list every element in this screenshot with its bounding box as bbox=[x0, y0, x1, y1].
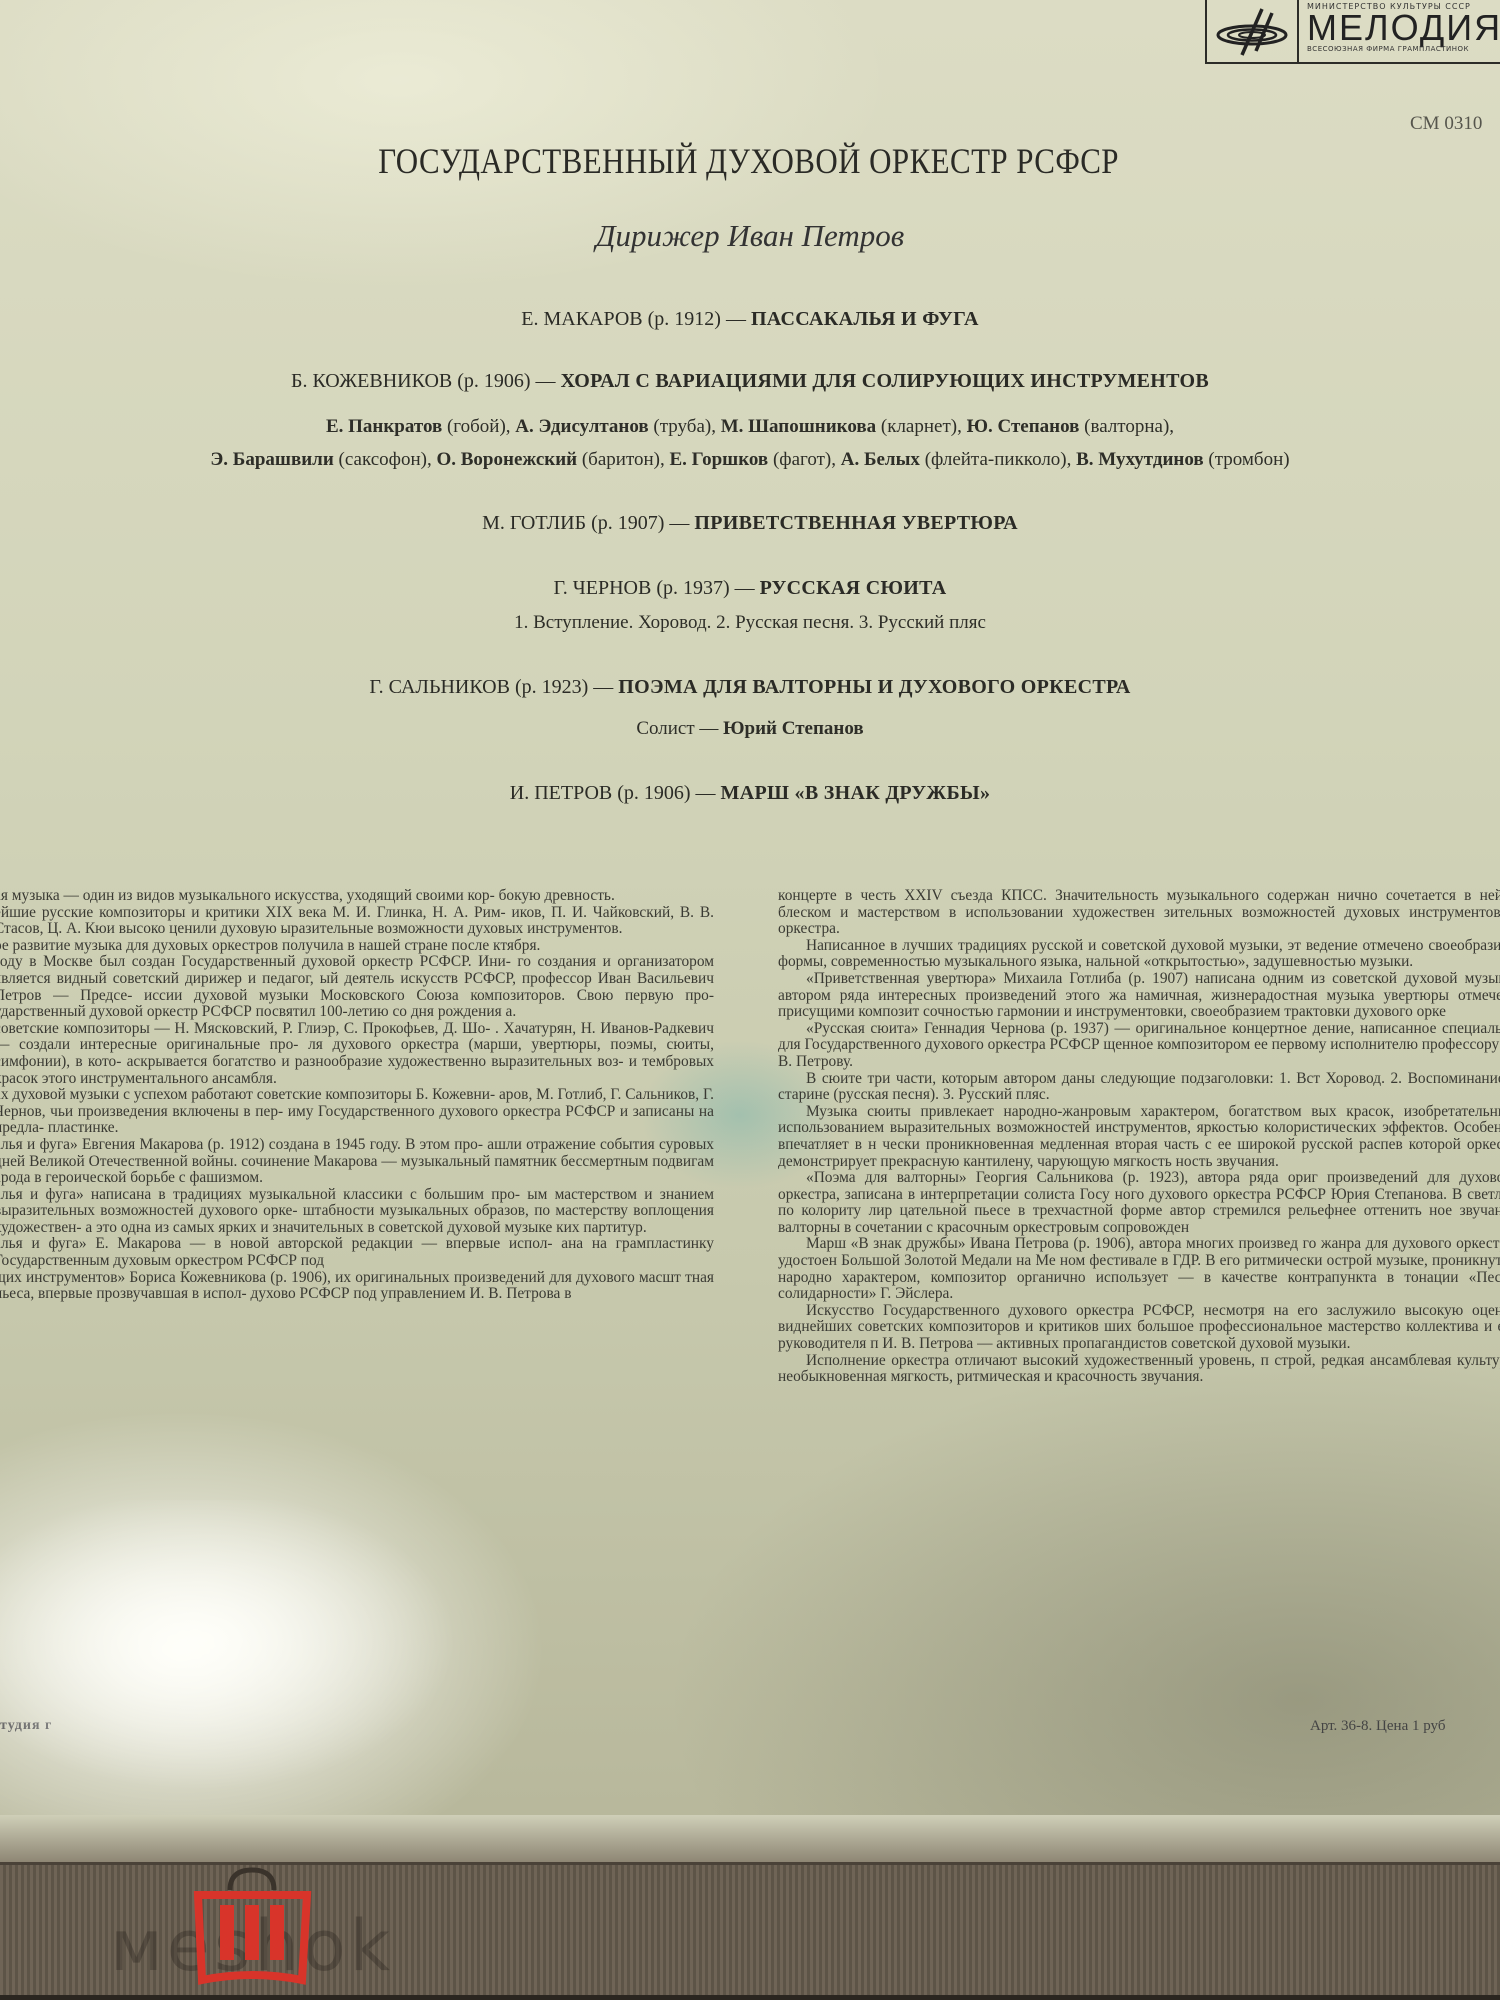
liner-notes-right: концерте в честь XXIV съезда КПСС. Значи… bbox=[778, 888, 1500, 1386]
light-glare bbox=[0, 1500, 800, 1815]
melodiya-logo: МИНИСТЕРСТВО КУЛЬТУРЫ СССР МЕЛОДИЯ ВСЕСО… bbox=[1205, 0, 1500, 64]
liner-note-paragraph: ое развитие музыка для духовых оркестров… bbox=[0, 938, 714, 955]
liner-note-paragraph: «Поэма для валторны» Георгия Сальникова … bbox=[778, 1170, 1500, 1236]
track-6: И. ПЕТРОВ (р. 1906) — МАРШ «В ЗНАК ДРУЖБ… bbox=[0, 782, 1500, 805]
album-title: ГОСУДАРСТВЕННЫЙ ДУХОВОЙ ОРКЕСТР РСФСР bbox=[104, 140, 1394, 182]
liner-note-paragraph: Искусство Государственного духового орке… bbox=[778, 1303, 1500, 1353]
suite-parts: 1. Вступление. Хоровод. 2. Русская песня… bbox=[0, 612, 1500, 634]
track-5: Г. САЛЬНИКОВ (р. 1923) — ПОЭМА ДЛЯ ВАЛТО… bbox=[0, 676, 1500, 699]
liner-note-paragraph: ейшие русские композиторы и критики XIX … bbox=[0, 905, 714, 938]
liner-note-paragraph: Написанное в лучших традициях русской и … bbox=[778, 938, 1500, 971]
track-2: Б. КОЖЕВНИКОВ (р. 1906) — ХОРАЛ С ВАРИАЦ… bbox=[0, 370, 1500, 393]
liner-note-paragraph: алья и фуга» Евгения Макарова (р. 1912) … bbox=[0, 1137, 714, 1187]
liner-note-paragraph: алья и фуга» написана в традициях музыка… bbox=[0, 1187, 714, 1237]
record-sleeve-back: МИНИСТЕРСТВО КУЛЬТУРЫ СССР МЕЛОДИЯ ВСЕСО… bbox=[0, 0, 1500, 1815]
poem-soloist: Солист — Юрий Степанов bbox=[0, 718, 1500, 740]
liner-note-paragraph: алья и фуга» Е. Макарова — в новой автор… bbox=[0, 1236, 714, 1269]
liner-note-paragraph: «Русская сюита» Геннадия Чернова (р. 193… bbox=[778, 1021, 1500, 1071]
liner-note-paragraph: щих инструментов» Бориса Кожевникова (р.… bbox=[0, 1270, 714, 1303]
liner-note-paragraph: Марш «В знак дружбы» Ивана Петрова (р. 1… bbox=[778, 1236, 1500, 1302]
liner-note-paragraph: ах духовой музыки с успехом работают сов… bbox=[0, 1087, 714, 1137]
track-3: М. ГОТЛИБ (р. 1907) — ПРИВЕТСТВЕННАЯ УВЕ… bbox=[0, 512, 1500, 535]
liner-note-paragraph: концерте в честь XXIV съезда КПСС. Значи… bbox=[778, 888, 1500, 938]
soloists-list: Е. Панкратов (гобой), А. Эдисултанов (тр… bbox=[0, 410, 1500, 476]
track-4: Г. ЧЕРНОВ (р. 1937) — РУССКАЯ СЮИТА bbox=[0, 577, 1500, 600]
price-label: Арт. 36-8. Цена 1 руб bbox=[1310, 1718, 1445, 1735]
liner-note-paragraph: «Приветственная увертюра» Михаила Готлиб… bbox=[778, 971, 1500, 1021]
liner-note-paragraph: В сюите три части, которым автором даны … bbox=[778, 1071, 1500, 1104]
shopping-bag-icon bbox=[190, 1860, 315, 2000]
track-1: Е. МАКАРОВ (р. 1912) — ПАССАКАЛЬЯ И ФУГА bbox=[0, 308, 1500, 331]
liner-notes-left: ая музыка — один из видов музыкального и… bbox=[0, 888, 714, 1303]
liner-note-paragraph: Музыка сюиты привлекает народно-жанровым… bbox=[778, 1104, 1500, 1170]
conductor: Дирижер Иван Петров bbox=[0, 218, 1500, 254]
studio-credit: тудия г bbox=[0, 1718, 52, 1734]
liner-note-paragraph: году в Москве был создан Государственный… bbox=[0, 954, 714, 1020]
sleeve-edge bbox=[0, 1815, 1500, 1865]
melodiya-emblem-icon bbox=[1207, 0, 1299, 62]
liner-note-paragraph: Исполнение оркестра отличают высокий худ… bbox=[778, 1353, 1500, 1386]
catalog-number: СМ 0310 bbox=[1410, 113, 1482, 135]
liner-note-paragraph: ая музыка — один из видов музыкального и… bbox=[0, 888, 714, 905]
brand-name: МЕЛОДИЯ bbox=[1307, 11, 1500, 45]
liner-note-paragraph: советские композиторы — Н. Мясковский, Р… bbox=[0, 1021, 714, 1087]
